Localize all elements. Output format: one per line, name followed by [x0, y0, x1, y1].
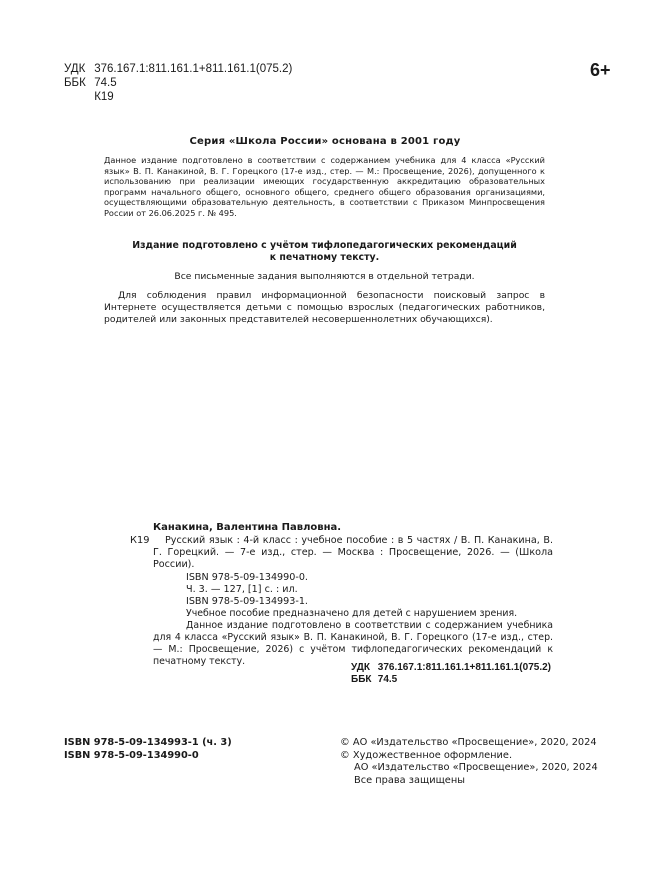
catalog-udk-row: УДК 376.167.1:811.161.1+811.161.1(075.2): [351, 662, 551, 674]
catalog-isbn-set: ISBN 978-5-09-134990-0.: [186, 572, 308, 584]
copyright-block: © АО «Издательство «Просвещение», 2020, …: [340, 737, 598, 787]
safety-text: Для соблюдения правил информационной без…: [104, 290, 545, 325]
copyright-line-1: © АО «Издательство «Просвещение», 2020, …: [340, 737, 598, 750]
age-rating: 6+: [590, 60, 611, 81]
footer-isbn: ISBN 978-5-09-134993-1 (ч. 3) ISBN 978-5…: [64, 737, 232, 762]
copyright-line-3: АО «Издательство «Просвещение», 2020, 20…: [354, 762, 598, 773]
rights-reserved: Все права защищены: [354, 775, 465, 786]
author-mark-row: К19: [64, 90, 292, 104]
bbk-row: ББК 74.5: [64, 76, 292, 90]
catalog-isbn-part: ISBN 978-5-09-134993-1.: [186, 596, 308, 608]
catalog-note: Данное издание подготовлено в соответств…: [153, 620, 553, 668]
tiflo-line-2: к печатному тексту.: [104, 252, 545, 264]
catalog-bbk-value: 74.5: [378, 674, 397, 685]
udk-value: 376.167.1:811.161.1+811.161.1(075.2): [94, 63, 292, 75]
bbk-label: ББК: [64, 76, 91, 90]
tiflo-line-1: Издание подготовлено с учётом тифлопедаг…: [104, 240, 545, 252]
notebook-notice: Все письменные задания выполняются в отд…: [104, 271, 545, 283]
bbk-value: 74.5: [94, 77, 116, 89]
tiflo-notice: Издание подготовлено с учётом тифлопедаг…: [104, 240, 545, 264]
safety-notice: Для соблюдения правил информационной без…: [104, 290, 545, 326]
catalog-code: К19: [130, 535, 149, 547]
series-note: Данное издание подготовлено в соответств…: [104, 155, 545, 219]
catalog-purpose: Учебное пособие предназначено для детей …: [186, 608, 517, 620]
catalog-part-pages: Ч. 3. — 127, [1] с. : ил.: [186, 584, 298, 596]
udk-row: УДК 376.167.1:811.161.1+811.161.1(075.2): [64, 62, 292, 76]
footer-isbn-set: ISBN 978-5-09-134990-0: [64, 750, 232, 763]
copyright-line-2: © Художественное оформление.: [340, 750, 598, 763]
catalog-classification: УДК 376.167.1:811.161.1+811.161.1(075.2)…: [351, 662, 551, 686]
catalog-udk-value: 376.167.1:811.161.1+811.161.1(075.2): [378, 662, 551, 673]
classification-block: УДК 376.167.1:811.161.1+811.161.1(075.2)…: [64, 62, 292, 104]
catalog-bbk-label: ББК: [351, 674, 375, 686]
footer-isbn-part: ISBN 978-5-09-134993-1 (ч. 3): [64, 737, 232, 750]
author-mark: К19: [94, 91, 114, 103]
catalog-description: Русский язык : 4-й класс : учебное пособ…: [153, 535, 553, 571]
catalog-description-text: Русский язык : 4-й класс : учебное пособ…: [153, 535, 553, 570]
udk-label: УДК: [64, 62, 91, 76]
catalog-author: Канакина, Валентина Павловна.: [153, 522, 341, 534]
catalog-udk-label: УДК: [351, 662, 375, 674]
catalog-bbk-row: ББК 74.5: [351, 674, 551, 686]
catalog-note-text: Данное издание подготовлено в соответств…: [153, 620, 553, 667]
series-title: Серия «Школа России» основана в 2001 год…: [0, 136, 650, 147]
